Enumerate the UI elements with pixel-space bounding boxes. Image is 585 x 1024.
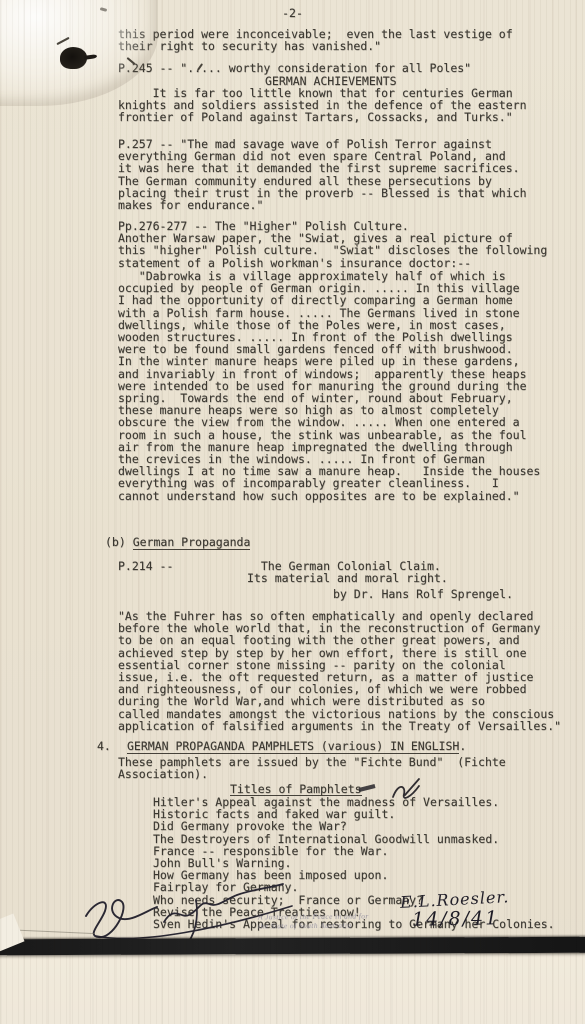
ink-correction-mark [353, 773, 425, 805]
p214-byline: by Dr. Hans Rolf Sprengel. [333, 588, 513, 600]
heading-german-achievements: GERMAN ACHIEVEMENTS [265, 75, 397, 87]
section-b-heading: (b) German Propaganda [105, 536, 250, 548]
section-4-period: . [459, 739, 466, 753]
section-b-prefix: (b) [105, 535, 133, 549]
p214-title: The German Colonial Claim. Its material … [247, 560, 448, 584]
ink-blot [60, 47, 87, 69]
reference-pp276-paragraph: Pp.276-277 -- The "Higher" Polish Cultur… [118, 220, 547, 269]
reference-p214-label: P.214 -- [118, 560, 173, 572]
section-4-number: 4. [97, 740, 111, 752]
archive-caption-card [0, 954, 585, 1024]
paragraph-defence: It is far too little known that for cent… [118, 87, 527, 124]
signature-date: 14/8/41 [412, 907, 500, 931]
fichte-intro: These pamphlets are issued by the "Ficht… [118, 756, 506, 780]
paragraph-continued-quote: this period were inconceivable; even the… [118, 28, 513, 52]
sprengel-quote-paragraph: "As the Fuhrer has so often emphatically… [118, 610, 561, 732]
village-quote-paragraph: "Dabrowka is a village approximately hal… [118, 270, 540, 502]
scanned-document-page: -2- this period were inconceivable; even… [0, 0, 585, 1024]
section-4-heading: GERMAN PROPAGANDA PAMPHLETS (various) IN… [127, 740, 466, 752]
section-4-title: GERMAN PROPAGANDA PAMPHLETS (various) IN… [127, 739, 459, 754]
reference-p245: P.245 -- "..... worthy consideration for… [118, 62, 471, 74]
separator-band [0, 937, 585, 956]
section-b-title: German Propaganda [133, 535, 251, 550]
reference-p257-paragraph: P.257 -- "The mad savage wave of Polish … [118, 138, 527, 211]
